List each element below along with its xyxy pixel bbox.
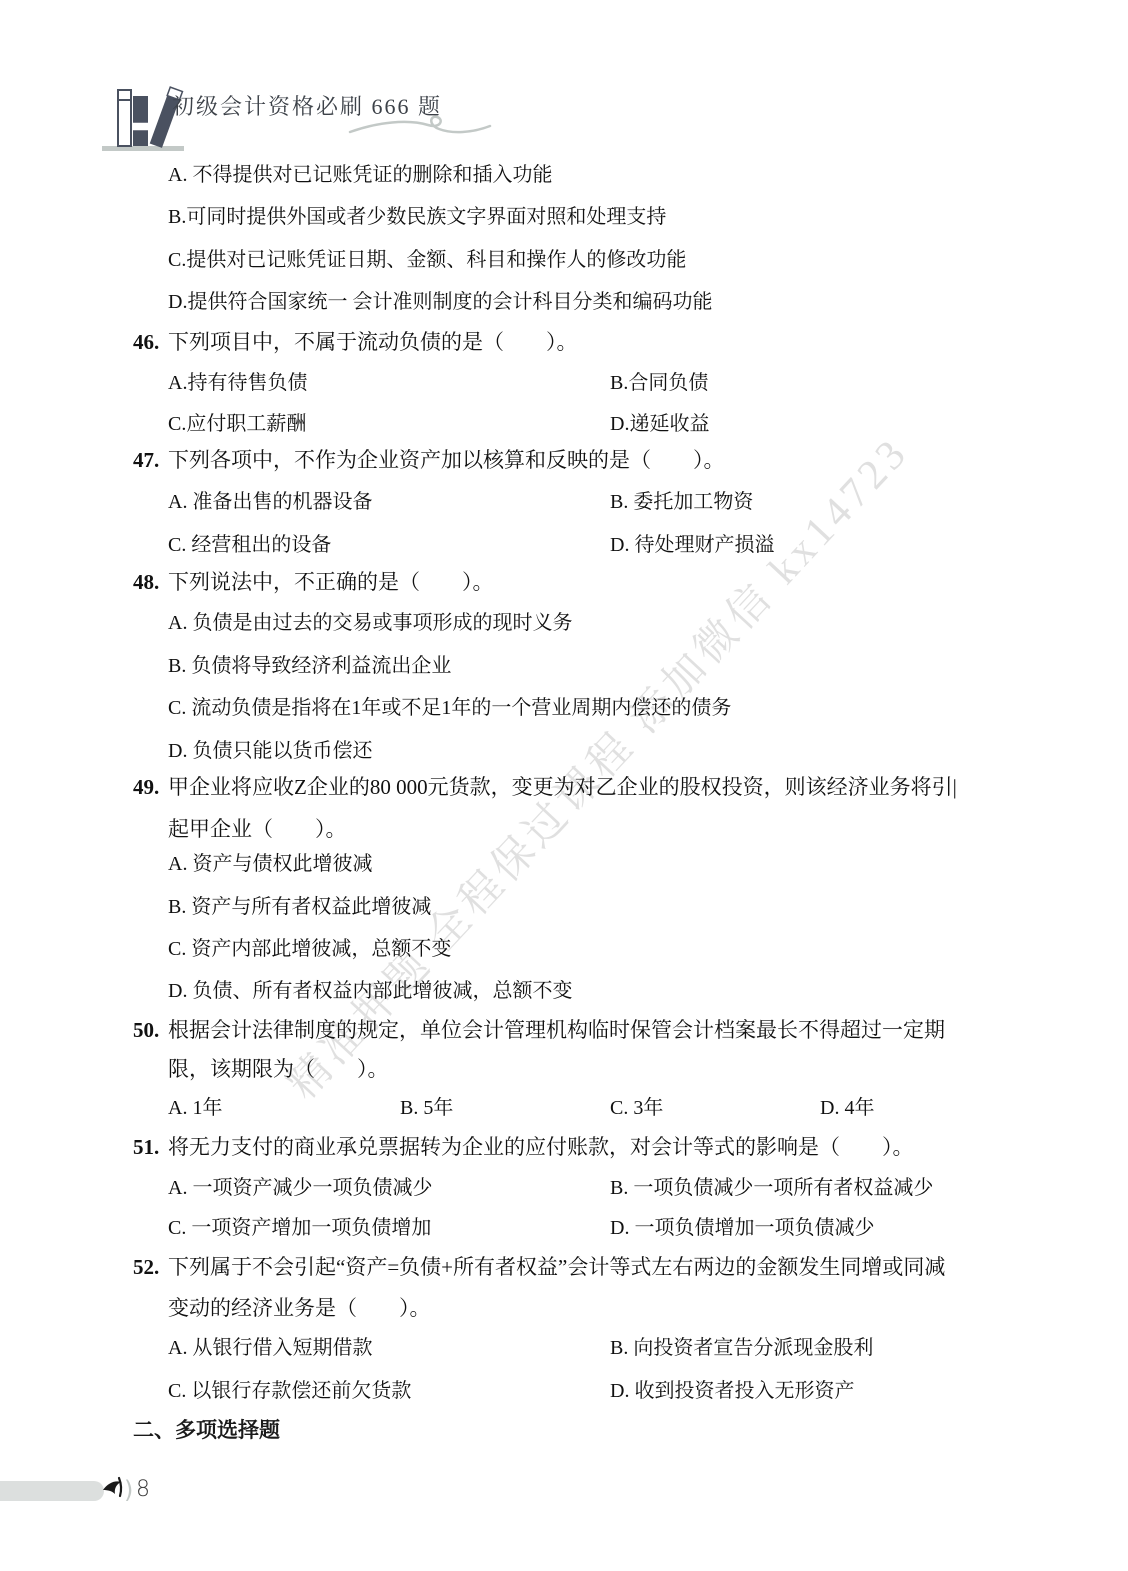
- question-stem-line2: 限，该期限为（ ）。: [168, 1057, 389, 1082]
- option-b: B. 负债将导致经济利益流出企业: [168, 654, 451, 678]
- question-number: 50.: [133, 1018, 159, 1043]
- option-c: C. 以银行存款偿还前欠货款: [168, 1379, 411, 1403]
- question-number: 52.: [133, 1255, 159, 1280]
- option-c: C.应付职工薪酬: [168, 412, 306, 436]
- question-stem: 下列项目中，不属于流动负债的是（ ）。: [168, 330, 578, 355]
- option-d: D. 收到投资者投入无形资产: [610, 1379, 854, 1403]
- option-a: A. 1年: [168, 1096, 222, 1120]
- question-number: 51.: [133, 1135, 159, 1160]
- question-stem: 下列说法中，不正确的是（ ）。: [168, 570, 494, 595]
- option-a: A. 从银行借入短期借款: [168, 1336, 372, 1360]
- page-number: 8: [136, 1477, 150, 1502]
- question-stem-line2: 变动的经济业务是（ ）。: [168, 1296, 431, 1321]
- option-d: D. 一项负债增加一项负债减少: [610, 1216, 874, 1240]
- option-b: B. 委托加工物资: [610, 490, 753, 514]
- option-a: A. 不得提供对已记账凭证的删除和插入功能: [168, 163, 552, 187]
- question-stem-line1: 下列属于不会引起“资产=负债+所有者权益”会计等式左右两边的金额发生同增或同减: [168, 1255, 945, 1280]
- option-a: A. 准备出售的机器设备: [168, 490, 372, 514]
- option-d: D. 负债、所有者权益内部此增彼减，总额不变: [168, 979, 572, 1003]
- question-stem-line2: 起甲企业（ ）。: [168, 817, 347, 842]
- option-d: D.递延收益: [610, 412, 709, 436]
- question-number: 47.: [133, 448, 159, 473]
- option-c: C. 3年: [610, 1096, 663, 1120]
- option-a: A.持有待售负债: [168, 371, 307, 395]
- option-c: C. 一项资产增加一项负债增加: [168, 1216, 431, 1240]
- option-d: D.提供符合国家统一 会计准则制度的会计科目分类和编码功能: [168, 290, 712, 314]
- option-c: C.提供对已记账凭证日期、金额、科目和操作人的修改功能: [168, 248, 686, 272]
- option-d: D. 负债只能以货币偿还: [168, 739, 372, 763]
- footer-bar: [0, 1481, 104, 1501]
- option-b: B. 5年: [400, 1096, 453, 1120]
- option-b: B. 一项负债减少一项所有者权益减少: [610, 1176, 933, 1200]
- question-number: 48.: [133, 570, 159, 595]
- question-number: 49.: [133, 775, 159, 800]
- option-c: C. 流动负债是指将在1年或不足1年的一个营业周期内偿还的债务: [168, 696, 731, 720]
- option-c: C. 资产内部此增彼减，总额不变: [168, 937, 451, 961]
- footer-arc-decoration: ): [124, 1476, 133, 1504]
- question-number: 46.: [133, 330, 159, 355]
- option-a: A. 负债是由过去的交易或事项形成的现时义务: [168, 611, 572, 635]
- option-a: A. 一项资产减少一项负债减少: [168, 1176, 432, 1200]
- option-b: B. 向投资者宣告分派现金股利: [610, 1336, 873, 1360]
- section-header-multiple-choice: 二、多项选择题: [133, 1418, 280, 1443]
- option-d: D. 待处理财产损溢: [610, 533, 774, 557]
- exam-page: 精准押题 全程保过课程 添加微信 kx14723 初级会计资格必刷 666 题 …: [0, 0, 1128, 1571]
- option-b: B.可同时提供外国或者少数民族文字界面对照和处理支持: [168, 205, 666, 229]
- option-c: C. 经营租出的设备: [168, 533, 331, 557]
- option-b: B.合同负债: [610, 371, 708, 395]
- question-stem: 将无力支付的商业承兑票据转为企业的应付账款，对会计等式的影响是（ ）。: [168, 1135, 914, 1160]
- question-stem: 下列各项中，不作为企业资产加以核算和反映的是（ ）。: [168, 448, 725, 473]
- squiggle-flourish-icon: [348, 112, 493, 145]
- option-a: A. 资产与债权此增彼减: [168, 852, 372, 876]
- option-b: B. 资产与所有者权益此增彼减: [168, 895, 431, 919]
- question-stem-line1: 甲企业将应收Z企业的80 000元货款，变更为对乙企业的股权投资，则该经济业务将…: [168, 775, 957, 800]
- option-d: D. 4年: [820, 1096, 874, 1120]
- question-stem-line1: 根据会计法律制度的规定，单位会计管理机构临时保管会计档案最长不得超过一定期: [168, 1018, 945, 1043]
